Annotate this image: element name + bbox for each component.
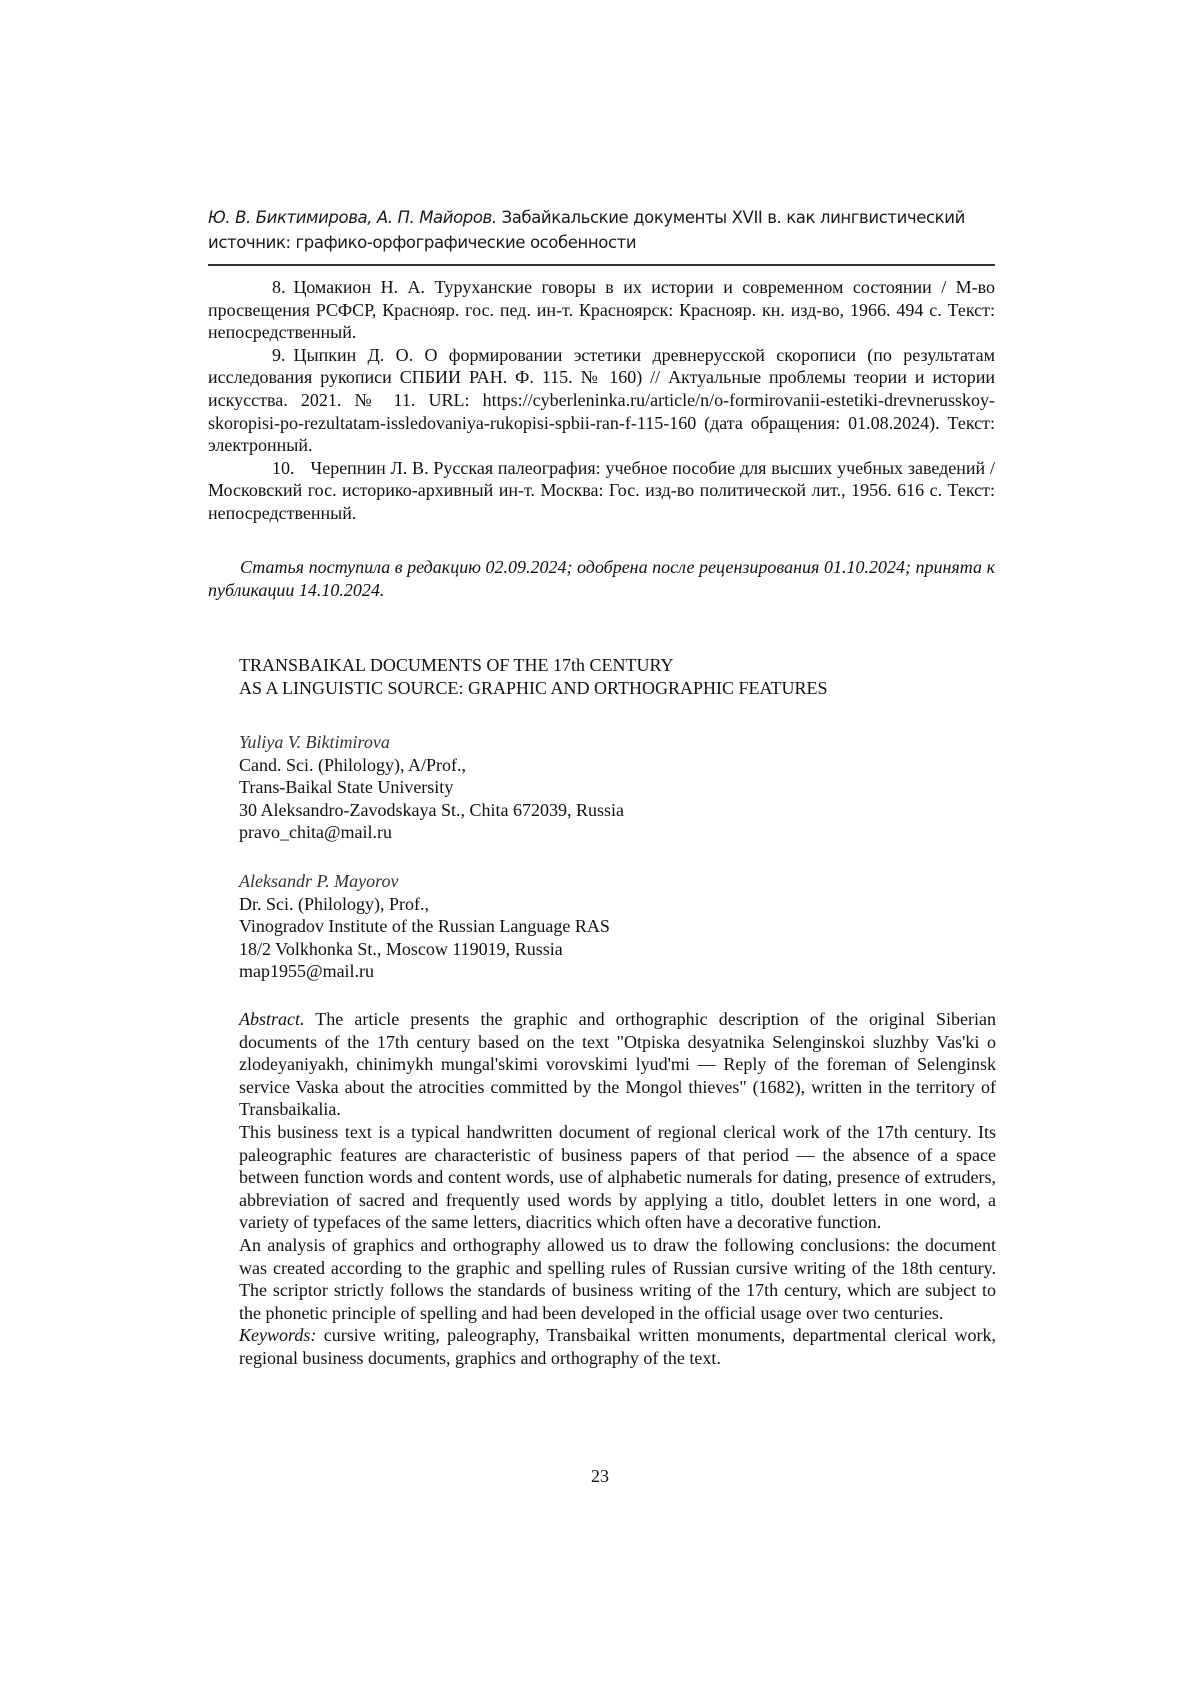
- abstract-text: The article presents the graphic and ort…: [239, 1009, 996, 1119]
- reference-item: 9.Цыпкин Д. О. О формировании эстетики д…: [208, 344, 995, 457]
- author-block: Yuliya V. Biktimirova Cand. Sci. (Philol…: [239, 731, 939, 844]
- author-affiliation: Trans-Baikal State University: [239, 776, 939, 799]
- keywords-text: cursive writing, paleography, Transbaika…: [239, 1325, 996, 1368]
- author-affiliation: Vinogradov Institute of the Russian Lang…: [239, 915, 939, 938]
- reference-number: 9.: [240, 344, 286, 367]
- received-note: Статья поступила в редакцию 02.09.2024; …: [208, 556, 995, 602]
- english-title-line-2: AS A LINGUISTIC SOURCE: GRAPHIC AND ORTH…: [239, 677, 999, 700]
- author-degree: Dr. Sci. (Philology), Prof.,: [239, 893, 939, 916]
- author-degree: Cand. Sci. (Philology), A/Prof.,: [239, 754, 939, 777]
- running-head-authors: Ю. В. Биктимирова, А. П. Майоров.: [208, 208, 497, 227]
- reference-text: Черепнин Л. В. Русская палеография: учеб…: [208, 458, 995, 523]
- keywords: Keywords: cursive writing, paleography, …: [239, 1324, 996, 1369]
- author-email: map1955@mail.ru: [239, 960, 939, 983]
- author-email: pravo_chita@mail.ru: [239, 821, 939, 844]
- abstract-paragraph: This business text is a typical handwrit…: [239, 1121, 996, 1234]
- keywords-label: Keywords:: [239, 1325, 316, 1345]
- running-head: Ю. В. Биктимирова, А. П. Майоров. Забайк…: [208, 205, 998, 255]
- reference-text: Цыпкин Д. О. О формировании эстетики дре…: [208, 345, 995, 455]
- author-address: 30 Aleksandro-Zavodskaya St., Chita 6720…: [239, 799, 939, 822]
- reference-list: 8.Цомакион Н. А. Туруханские говоры в их…: [208, 276, 995, 525]
- abstract-paragraph: An analysis of graphics and orthography …: [239, 1234, 996, 1324]
- author-name: Aleksandr P. Mayorov: [239, 870, 939, 893]
- english-title: TRANSBAIKAL DOCUMENTS OF THE 17th CENTUR…: [239, 654, 999, 700]
- reference-number: 8.: [240, 276, 286, 299]
- abstract: Abstract. The article presents the graph…: [239, 1008, 996, 1370]
- reference-item: 10.Черепнин Л. В. Русская палеография: у…: [208, 457, 995, 525]
- abstract-paragraph: Abstract. The article presents the graph…: [239, 1008, 996, 1121]
- reference-number: 10.: [240, 457, 295, 480]
- author-name: Yuliya V. Biktimirova: [239, 731, 939, 754]
- reference-text: Цомакион Н. А. Туруханские говоры в их и…: [208, 277, 995, 342]
- page-number: 23: [0, 1466, 1200, 1487]
- author-address: 18/2 Volkhonka St., Moscow 119019, Russi…: [239, 938, 939, 961]
- received-note-text: Статья поступила в редакцию 02.09.2024; …: [208, 556, 995, 602]
- document-page: Ю. В. Биктимирова, А. П. Майоров. Забайк…: [0, 0, 1200, 1697]
- reference-item: 8.Цомакион Н. А. Туруханские говоры в их…: [208, 276, 995, 344]
- author-block: Aleksandr P. Mayorov Dr. Sci. (Philology…: [239, 870, 939, 983]
- abstract-label: Abstract.: [239, 1009, 305, 1029]
- header-rule: [208, 264, 995, 266]
- english-title-line-1: TRANSBAIKAL DOCUMENTS OF THE 17th CENTUR…: [239, 654, 999, 677]
